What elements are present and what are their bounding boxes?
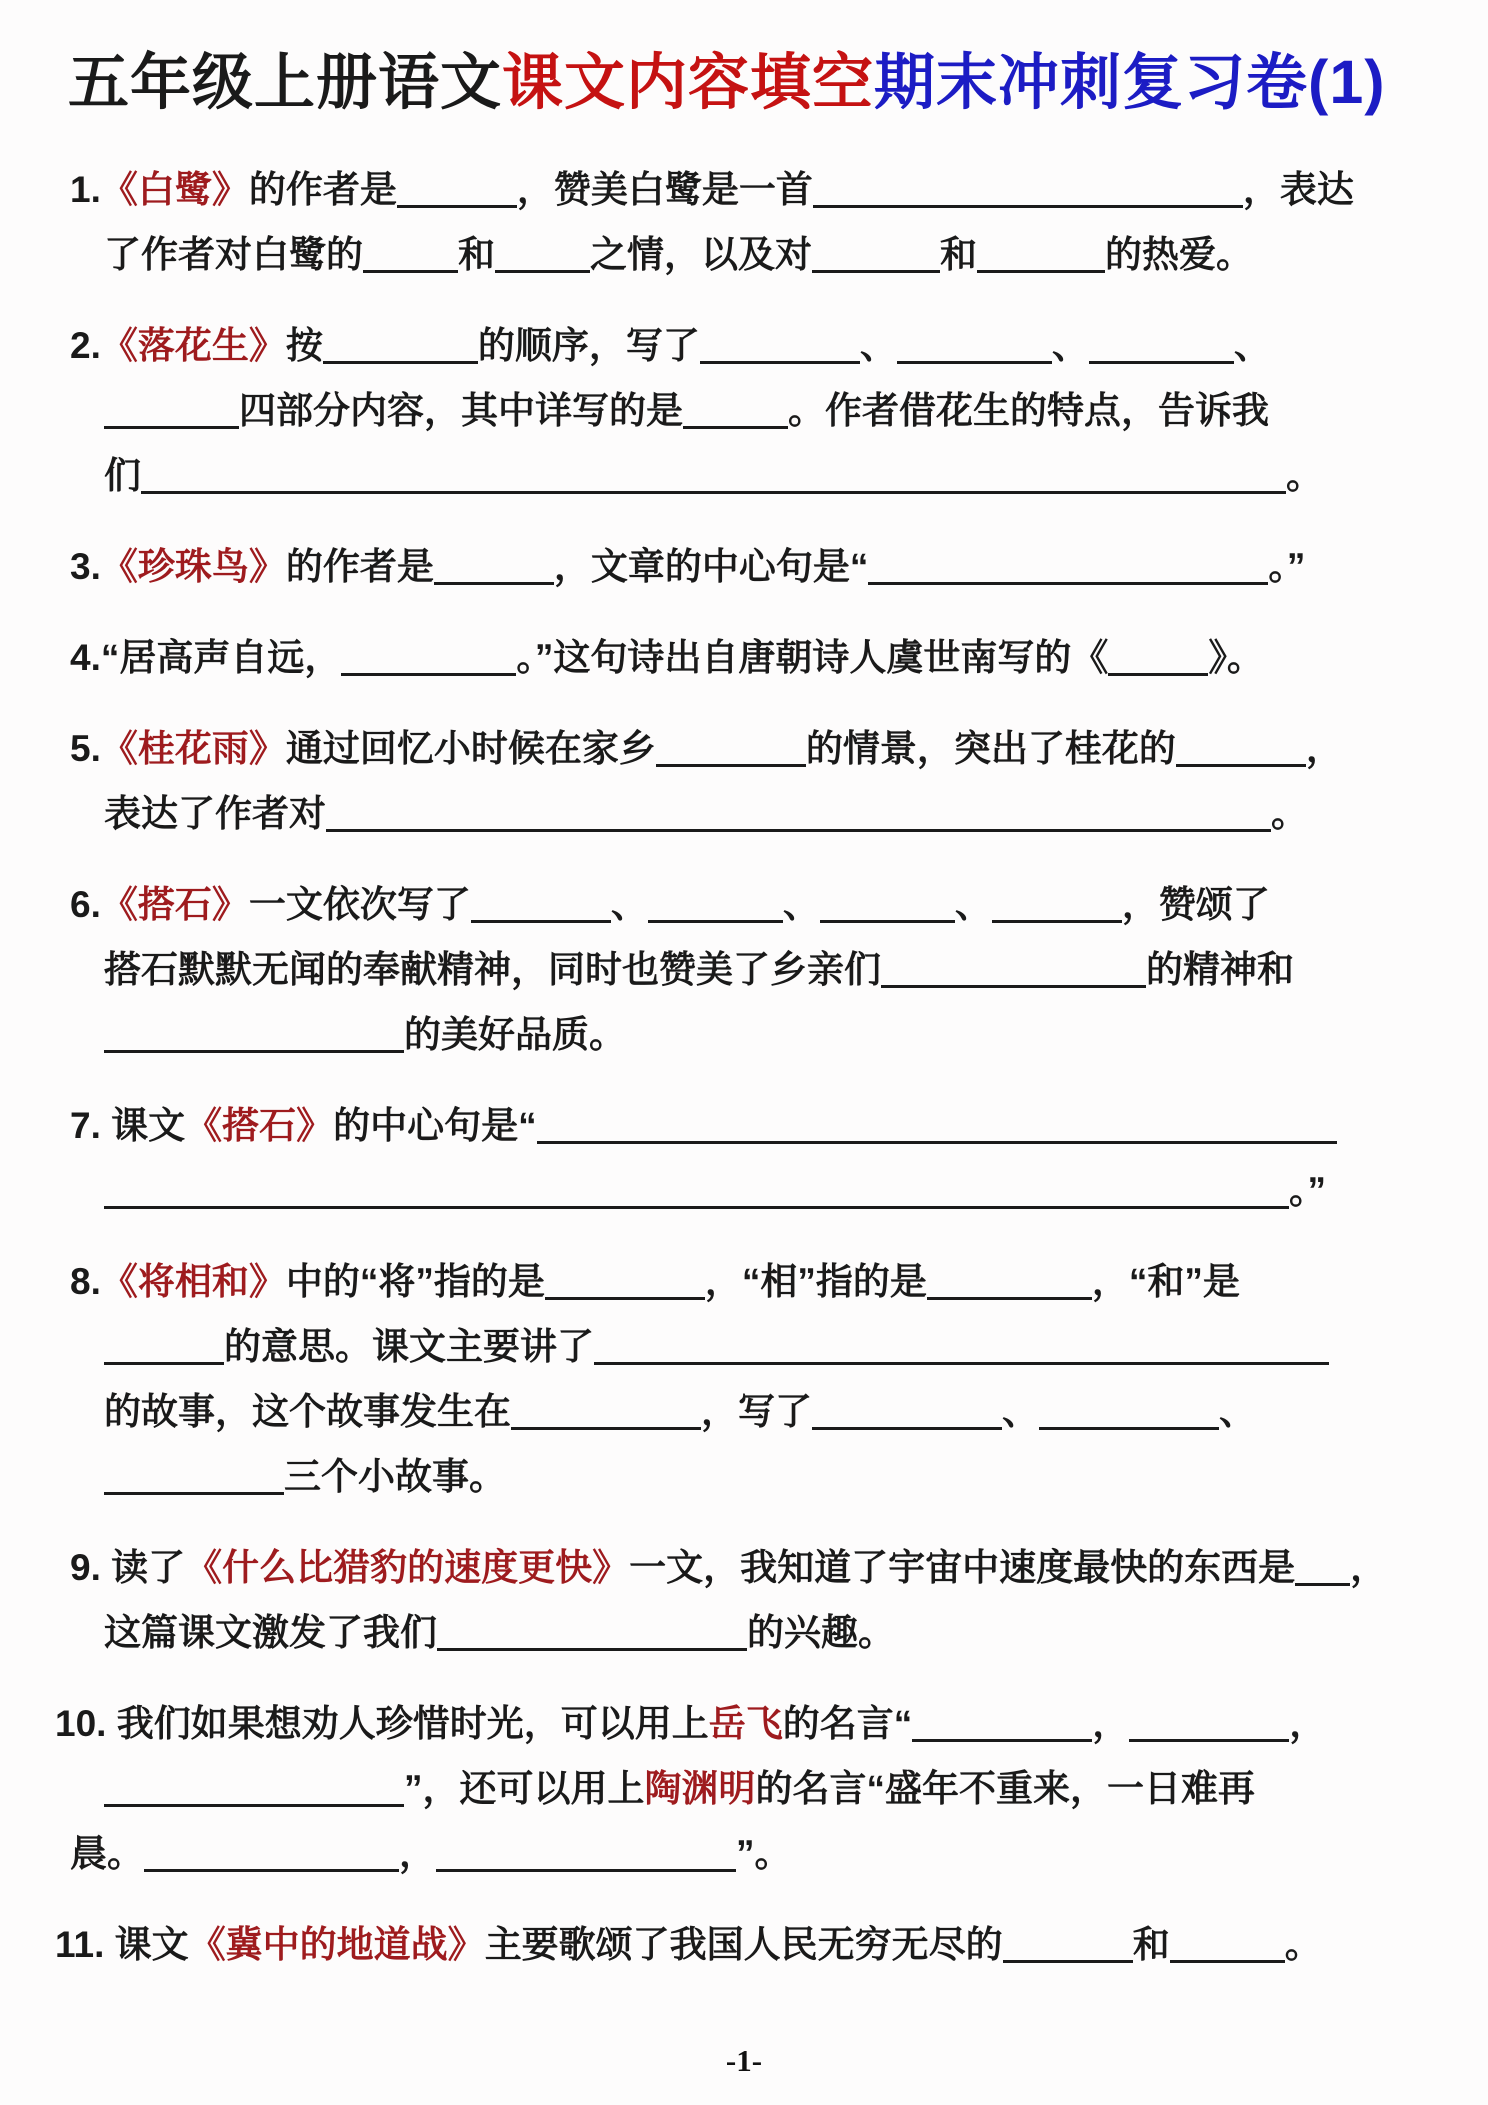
- question-text: 1.: [70, 169, 101, 210]
- worksheet-line: 3.《珍珠鸟》的作者是，文章的中心句是“。”: [0, 534, 1488, 599]
- worksheet-line: 4.“居高声自远，。”这句诗出自唐朝诗人虞世南写的《》。: [0, 625, 1488, 690]
- fill-in-blank: [1129, 1709, 1289, 1742]
- question-text: 之情，以及对: [590, 234, 812, 275]
- question-text: 的名言“: [783, 1703, 913, 1744]
- fill-in-blank: [648, 890, 783, 923]
- question-text: 的作者是: [286, 546, 434, 587]
- lesson-title-text: 《搭石》: [185, 1105, 333, 1146]
- lesson-title-text: 陶渊明: [645, 1768, 756, 1809]
- question-text: 中的“将”指的是: [286, 1261, 545, 1302]
- worksheet-item: 6.《搭石》一文依次写了、、、，赞颂了搭石默默无闻的奉献精神，同时也赞美了乡亲们…: [0, 872, 1488, 1067]
- worksheet-item: 7. 课文《搭石》的中心句是“。”: [0, 1093, 1488, 1223]
- fill-in-blank: [104, 1020, 404, 1053]
- worksheet-line: 三个小故事。: [0, 1444, 1488, 1509]
- lesson-title-text: 《什么比猎豹的速度更快》: [185, 1547, 629, 1588]
- question-text: 。”: [1268, 546, 1305, 587]
- fill-in-blank: [1176, 734, 1306, 767]
- question-text: 7. 课文: [70, 1105, 185, 1146]
- question-text: 的美好品质。: [404, 1014, 626, 1055]
- fill-in-blank: [868, 552, 1268, 585]
- question-text: ，: [1092, 1703, 1129, 1744]
- question-text: 了作者对白鹭的: [104, 234, 363, 275]
- fill-in-blank: [1003, 1930, 1133, 1963]
- fill-in-blank: [700, 331, 860, 364]
- worksheet-item: 10. 我们如果想劝人珍惜时光，可以用上岳飞的名言“，，”，还可以用上陶渊明的名…: [0, 1691, 1488, 1886]
- worksheet-item: 4.“居高声自远，。”这句诗出自唐朝诗人虞世南写的《》。: [0, 625, 1488, 690]
- fill-in-blank: [897, 331, 1052, 364]
- question-text: 3.: [70, 546, 101, 587]
- fill-in-blank: [436, 1839, 736, 1872]
- fill-in-blank: [813, 175, 1243, 208]
- fill-in-blank: [1108, 643, 1208, 676]
- lesson-title-text: 《搭石》: [101, 884, 249, 925]
- question-text: ，: [399, 1833, 436, 1874]
- question-text: 》。: [1208, 637, 1264, 678]
- fill-in-blank: [471, 890, 611, 923]
- fill-in-blank: [104, 1462, 284, 1495]
- worksheet-line: 们。: [0, 443, 1488, 508]
- fill-in-blank: [1039, 1397, 1219, 1430]
- fill-in-blank: [820, 890, 955, 923]
- fill-in-blank: [927, 1267, 1092, 1300]
- worksheet-line: 了作者对白鹭的和之情，以及对和的热爱。: [0, 222, 1488, 287]
- question-text: ，赞颂了: [1122, 884, 1270, 925]
- question-text: 、: [955, 884, 992, 925]
- worksheet-line: 晨。，”。: [0, 1821, 1488, 1886]
- page-title-part-black: 五年级上册语文: [68, 48, 502, 116]
- fill-in-blank: [1089, 331, 1234, 364]
- worksheet-line: 10. 我们如果想劝人珍惜时光，可以用上岳飞的名言“，，: [0, 1691, 1488, 1756]
- fill-in-blank: [992, 890, 1122, 923]
- question-text: 和: [458, 234, 495, 275]
- question-text: 、: [860, 325, 897, 366]
- lesson-title-text: 《将相和》: [101, 1261, 286, 1302]
- question-text: 6.: [70, 884, 101, 925]
- question-text: 。”这句诗出自唐朝诗人虞世南写的《: [516, 637, 1108, 678]
- fill-in-blank: [881, 955, 1146, 988]
- fill-in-blank: [341, 643, 516, 676]
- question-text: ”，还可以用上: [404, 1768, 645, 1809]
- worksheet-line: 表达了作者对。: [0, 781, 1488, 846]
- worksheet-line: 搭石默默无闻的奉献精神，同时也赞美了乡亲们的精神和: [0, 937, 1488, 1002]
- question-text: 、: [1219, 1391, 1256, 1432]
- worksheet-line: 6.《搭石》一文依次写了、、、，赞颂了: [0, 872, 1488, 937]
- lesson-title-text: 《珍珠鸟》: [101, 546, 286, 587]
- question-text: ，表达: [1243, 169, 1354, 210]
- worksheet-line: 9. 读了《什么比猎豹的速度更快》一文，我知道了宇宙中速度最快的东西是，: [0, 1535, 1488, 1600]
- question-text: 。作者借花生的特点，告诉我: [788, 390, 1269, 431]
- fill-in-blank: [437, 1618, 747, 1651]
- question-text: ”。: [736, 1833, 792, 1874]
- worksheet-line: 8.《将相和》中的“将”指的是，“相”指的是，“和”是: [0, 1249, 1488, 1314]
- fill-in-blank: [511, 1397, 701, 1430]
- worksheet-line: 7. 课文《搭石》的中心句是“: [0, 1093, 1488, 1158]
- fill-in-blank: [495, 240, 590, 273]
- worksheet-item: 5.《桂花雨》通过回忆小时候在家乡的情景，突出了桂花的，表达了作者对。: [0, 716, 1488, 846]
- lesson-title-text: 《白鹭》: [101, 169, 249, 210]
- question-text: 的顺序，写了: [478, 325, 700, 366]
- question-text: 8.: [70, 1261, 101, 1302]
- fill-in-blank: [323, 331, 478, 364]
- fill-in-blank: [1170, 1930, 1285, 1963]
- question-text: 一文依次写了: [249, 884, 471, 925]
- worksheet-line: ”，还可以用上陶渊明的名言“盛年不重来，一日难再: [0, 1756, 1488, 1821]
- question-text: 的中心句是“: [333, 1105, 537, 1146]
- question-text: ，: [1350, 1547, 1387, 1588]
- worksheet-line: 四部分内容，其中详写的是。作者借花生的特点，告诉我: [0, 378, 1488, 443]
- worksheet-line: 。”: [0, 1158, 1488, 1223]
- question-text: 搭石默默无闻的奉献精神，同时也赞美了乡亲们: [104, 949, 881, 990]
- fill-in-blank: [104, 1332, 224, 1365]
- lesson-title-text: 岳飞: [709, 1703, 783, 1744]
- question-text: 、: [1052, 325, 1089, 366]
- question-text: 主要歌颂了我国人民无穷无尽的: [485, 1924, 1003, 1965]
- question-text: 。: [1271, 793, 1308, 834]
- fill-in-blank: [144, 1839, 399, 1872]
- fill-in-blank: [537, 1111, 1337, 1144]
- question-text: 四部分内容，其中详写的是: [239, 390, 683, 431]
- question-text: 一文，我知道了宇宙中速度最快的东西是: [629, 1547, 1295, 1588]
- fill-in-blank: [594, 1332, 1329, 1365]
- question-text: 的精神和: [1146, 949, 1294, 990]
- question-text: ，: [1306, 728, 1343, 769]
- question-text: 4.“居高声自远，: [70, 637, 341, 678]
- question-text: 和: [940, 234, 977, 275]
- fill-in-blank: [683, 396, 788, 429]
- question-text: 。: [1286, 455, 1323, 496]
- question-text: 的作者是: [249, 169, 397, 210]
- question-text: 通过回忆小时候在家乡: [286, 728, 656, 769]
- worksheet-items: 1.《白鹭》的作者是，赞美白鹭是一首，表达了作者对白鹭的和之情，以及对和的热爱。…: [0, 121, 1488, 1977]
- fill-in-blank: [912, 1709, 1092, 1742]
- fill-in-blank: [977, 240, 1105, 273]
- question-text: 5.: [70, 728, 101, 769]
- worksheet-line: 5.《桂花雨》通过回忆小时候在家乡的情景，突出了桂花的，: [0, 716, 1488, 781]
- worksheet-item: 9. 读了《什么比猎豹的速度更快》一文，我知道了宇宙中速度最快的东西是，这篇课文…: [0, 1535, 1488, 1665]
- question-text: 的故事，这个故事发生在: [104, 1391, 511, 1432]
- page-title-part-red: 课文内容填空: [502, 48, 874, 116]
- question-text: ，赞美白鹭是一首: [517, 169, 813, 210]
- question-text: 的意思。课文主要讲了: [224, 1326, 594, 1367]
- worksheet-line: 这篇课文激发了我们的兴趣。: [0, 1600, 1488, 1665]
- question-text: 三个小故事。: [284, 1456, 506, 1497]
- worksheet-item: 8.《将相和》中的“将”指的是，“相”指的是，“和”是的意思。课文主要讲了的故事…: [0, 1249, 1488, 1509]
- question-text: 的热爱。: [1105, 234, 1253, 275]
- worksheet-line: 的故事，这个故事发生在，写了、、: [0, 1379, 1488, 1444]
- fill-in-blank: [656, 734, 806, 767]
- fill-in-blank: [812, 240, 940, 273]
- worksheet-line: 的美好品质。: [0, 1002, 1488, 1067]
- question-text: ，文章的中心句是“: [554, 546, 869, 587]
- question-text: 9. 读了: [70, 1547, 185, 1588]
- lesson-title-text: 《桂花雨》: [101, 728, 286, 769]
- question-text: ，写了: [701, 1391, 812, 1432]
- question-text: 的名言“盛年不重来，一日难再: [756, 1768, 1256, 1809]
- question-text: ，“相”指的是: [705, 1261, 927, 1302]
- lesson-title-text: 《冀中的地道战》: [189, 1924, 485, 1965]
- worksheet-line: 1.《白鹭》的作者是，赞美白鹭是一首，表达: [0, 157, 1488, 222]
- fill-in-blank: [141, 461, 1286, 494]
- fill-in-blank: [104, 396, 239, 429]
- fill-in-blank: [397, 175, 517, 208]
- worksheet-item: 2.《落花生》按的顺序，写了、、、四部分内容，其中详写的是。作者借花生的特点，告…: [0, 313, 1488, 508]
- worksheet-line: 的意思。课文主要讲了: [0, 1314, 1488, 1379]
- question-text: 。”: [1289, 1170, 1326, 1211]
- question-text: 的情景，突出了桂花的: [806, 728, 1176, 769]
- question-text: 按: [286, 325, 323, 366]
- fill-in-blank: [326, 799, 1271, 832]
- question-text: 的兴趣。: [747, 1612, 895, 1653]
- page-number: -1-: [0, 2043, 1488, 2079]
- worksheet-line: 11. 课文《冀中的地道战》主要歌颂了我国人民无穷无尽的和。: [0, 1912, 1488, 1977]
- question-text: 11. 课文: [55, 1924, 189, 1965]
- question-text: 2.: [70, 325, 101, 366]
- question-text: 晨。: [70, 1833, 144, 1874]
- fill-in-blank: [1295, 1553, 1350, 1586]
- fill-in-blank: [812, 1397, 1002, 1430]
- question-text: 表达了作者对: [104, 793, 326, 834]
- question-text: ，: [1289, 1703, 1326, 1744]
- worksheet-item: 11. 课文《冀中的地道战》主要歌颂了我国人民无穷无尽的和。: [0, 1912, 1488, 1977]
- page-title-part-blue: 期末冲刺复习卷(1): [874, 48, 1386, 116]
- question-text: 这篇课文激发了我们: [104, 1612, 437, 1653]
- question-text: 。: [1285, 1924, 1322, 1965]
- fill-in-blank: [545, 1267, 705, 1300]
- question-text: 10. 我们如果想劝人珍惜时光，可以用上: [55, 1703, 709, 1744]
- worksheet-item: 1.《白鹭》的作者是，赞美白鹭是一首，表达了作者对白鹭的和之情，以及对和的热爱。: [0, 157, 1488, 287]
- question-text: 和: [1133, 1924, 1170, 1965]
- fill-in-blank: [104, 1176, 1289, 1209]
- question-text: 、: [1234, 325, 1271, 366]
- fill-in-blank: [104, 1774, 404, 1807]
- question-text: 、: [783, 884, 820, 925]
- lesson-title-text: 《落花生》: [101, 325, 286, 366]
- fill-in-blank: [363, 240, 458, 273]
- page-title: 五年级上册语文课文内容填空期末冲刺复习卷(1): [0, 0, 1488, 121]
- question-text: 、: [1002, 1391, 1039, 1432]
- question-text: 、: [611, 884, 648, 925]
- worksheet-page: 五年级上册语文课文内容填空期末冲刺复习卷(1) 1.《白鹭》的作者是，赞美白鹭是…: [0, 0, 1488, 2105]
- worksheet-item: 3.《珍珠鸟》的作者是，文章的中心句是“。”: [0, 534, 1488, 599]
- question-text: 们: [104, 455, 141, 496]
- worksheet-line: 2.《落花生》按的顺序，写了、、、: [0, 313, 1488, 378]
- question-text: ，“和”是: [1092, 1261, 1240, 1302]
- fill-in-blank: [434, 552, 554, 585]
